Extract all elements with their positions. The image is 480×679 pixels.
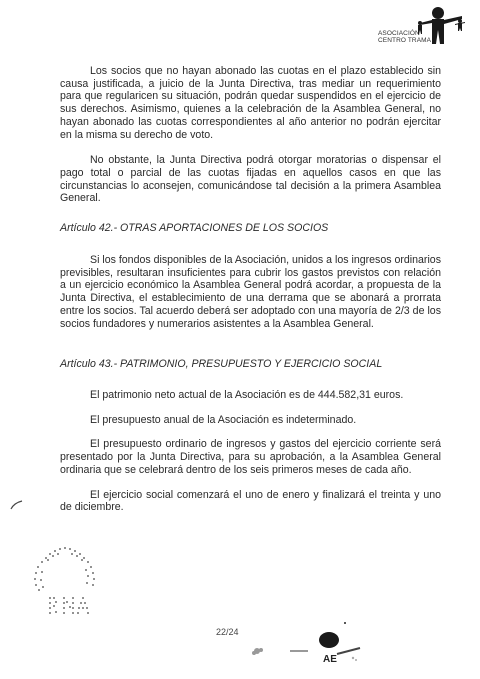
- paragraph: El presupuesto anual de la Asociación es…: [60, 414, 441, 427]
- pen-mark-icon: [10, 500, 24, 510]
- article-42-heading: Artículo 42.- OTRAS APORTACIONES DE LOS …: [60, 222, 328, 235]
- paragraph: El ejercicio social comenzará el uno de …: [60, 489, 441, 514]
- paragraph: El presupuesto ordinario de ingresos y g…: [60, 438, 441, 476]
- association-logo: ASOCIACIÓN CENTRO TRAMA: [378, 6, 468, 46]
- page-number: 22/24: [216, 627, 239, 637]
- svg-text:AE: AE: [323, 654, 337, 665]
- paragraph: No obstante, la Junta Directiva podrá ot…: [60, 154, 441, 205]
- paragraph: Si los fondos disponibles de la Asociaci…: [60, 254, 441, 330]
- paragraph: Los socios que no hayan abonado las cuot…: [60, 65, 441, 141]
- article-43-body: El patrimonio neto actual de la Asociaci…: [60, 389, 441, 514]
- paragraph: El patrimonio neto actual de la Asociaci…: [60, 389, 441, 402]
- registry-seal-mark: AE: [245, 618, 365, 668]
- section-dues: Los socios que no hayan abonado las cuot…: [60, 65, 441, 205]
- people-family-icon: [416, 6, 468, 46]
- article-42-body: Si los fondos disponibles de la Asociaci…: [60, 254, 441, 330]
- article-43-heading: Artículo 43.- PATRIMONIO, PRESUPUESTO Y …: [60, 358, 382, 371]
- rna-embossed-stamp: [20, 540, 110, 620]
